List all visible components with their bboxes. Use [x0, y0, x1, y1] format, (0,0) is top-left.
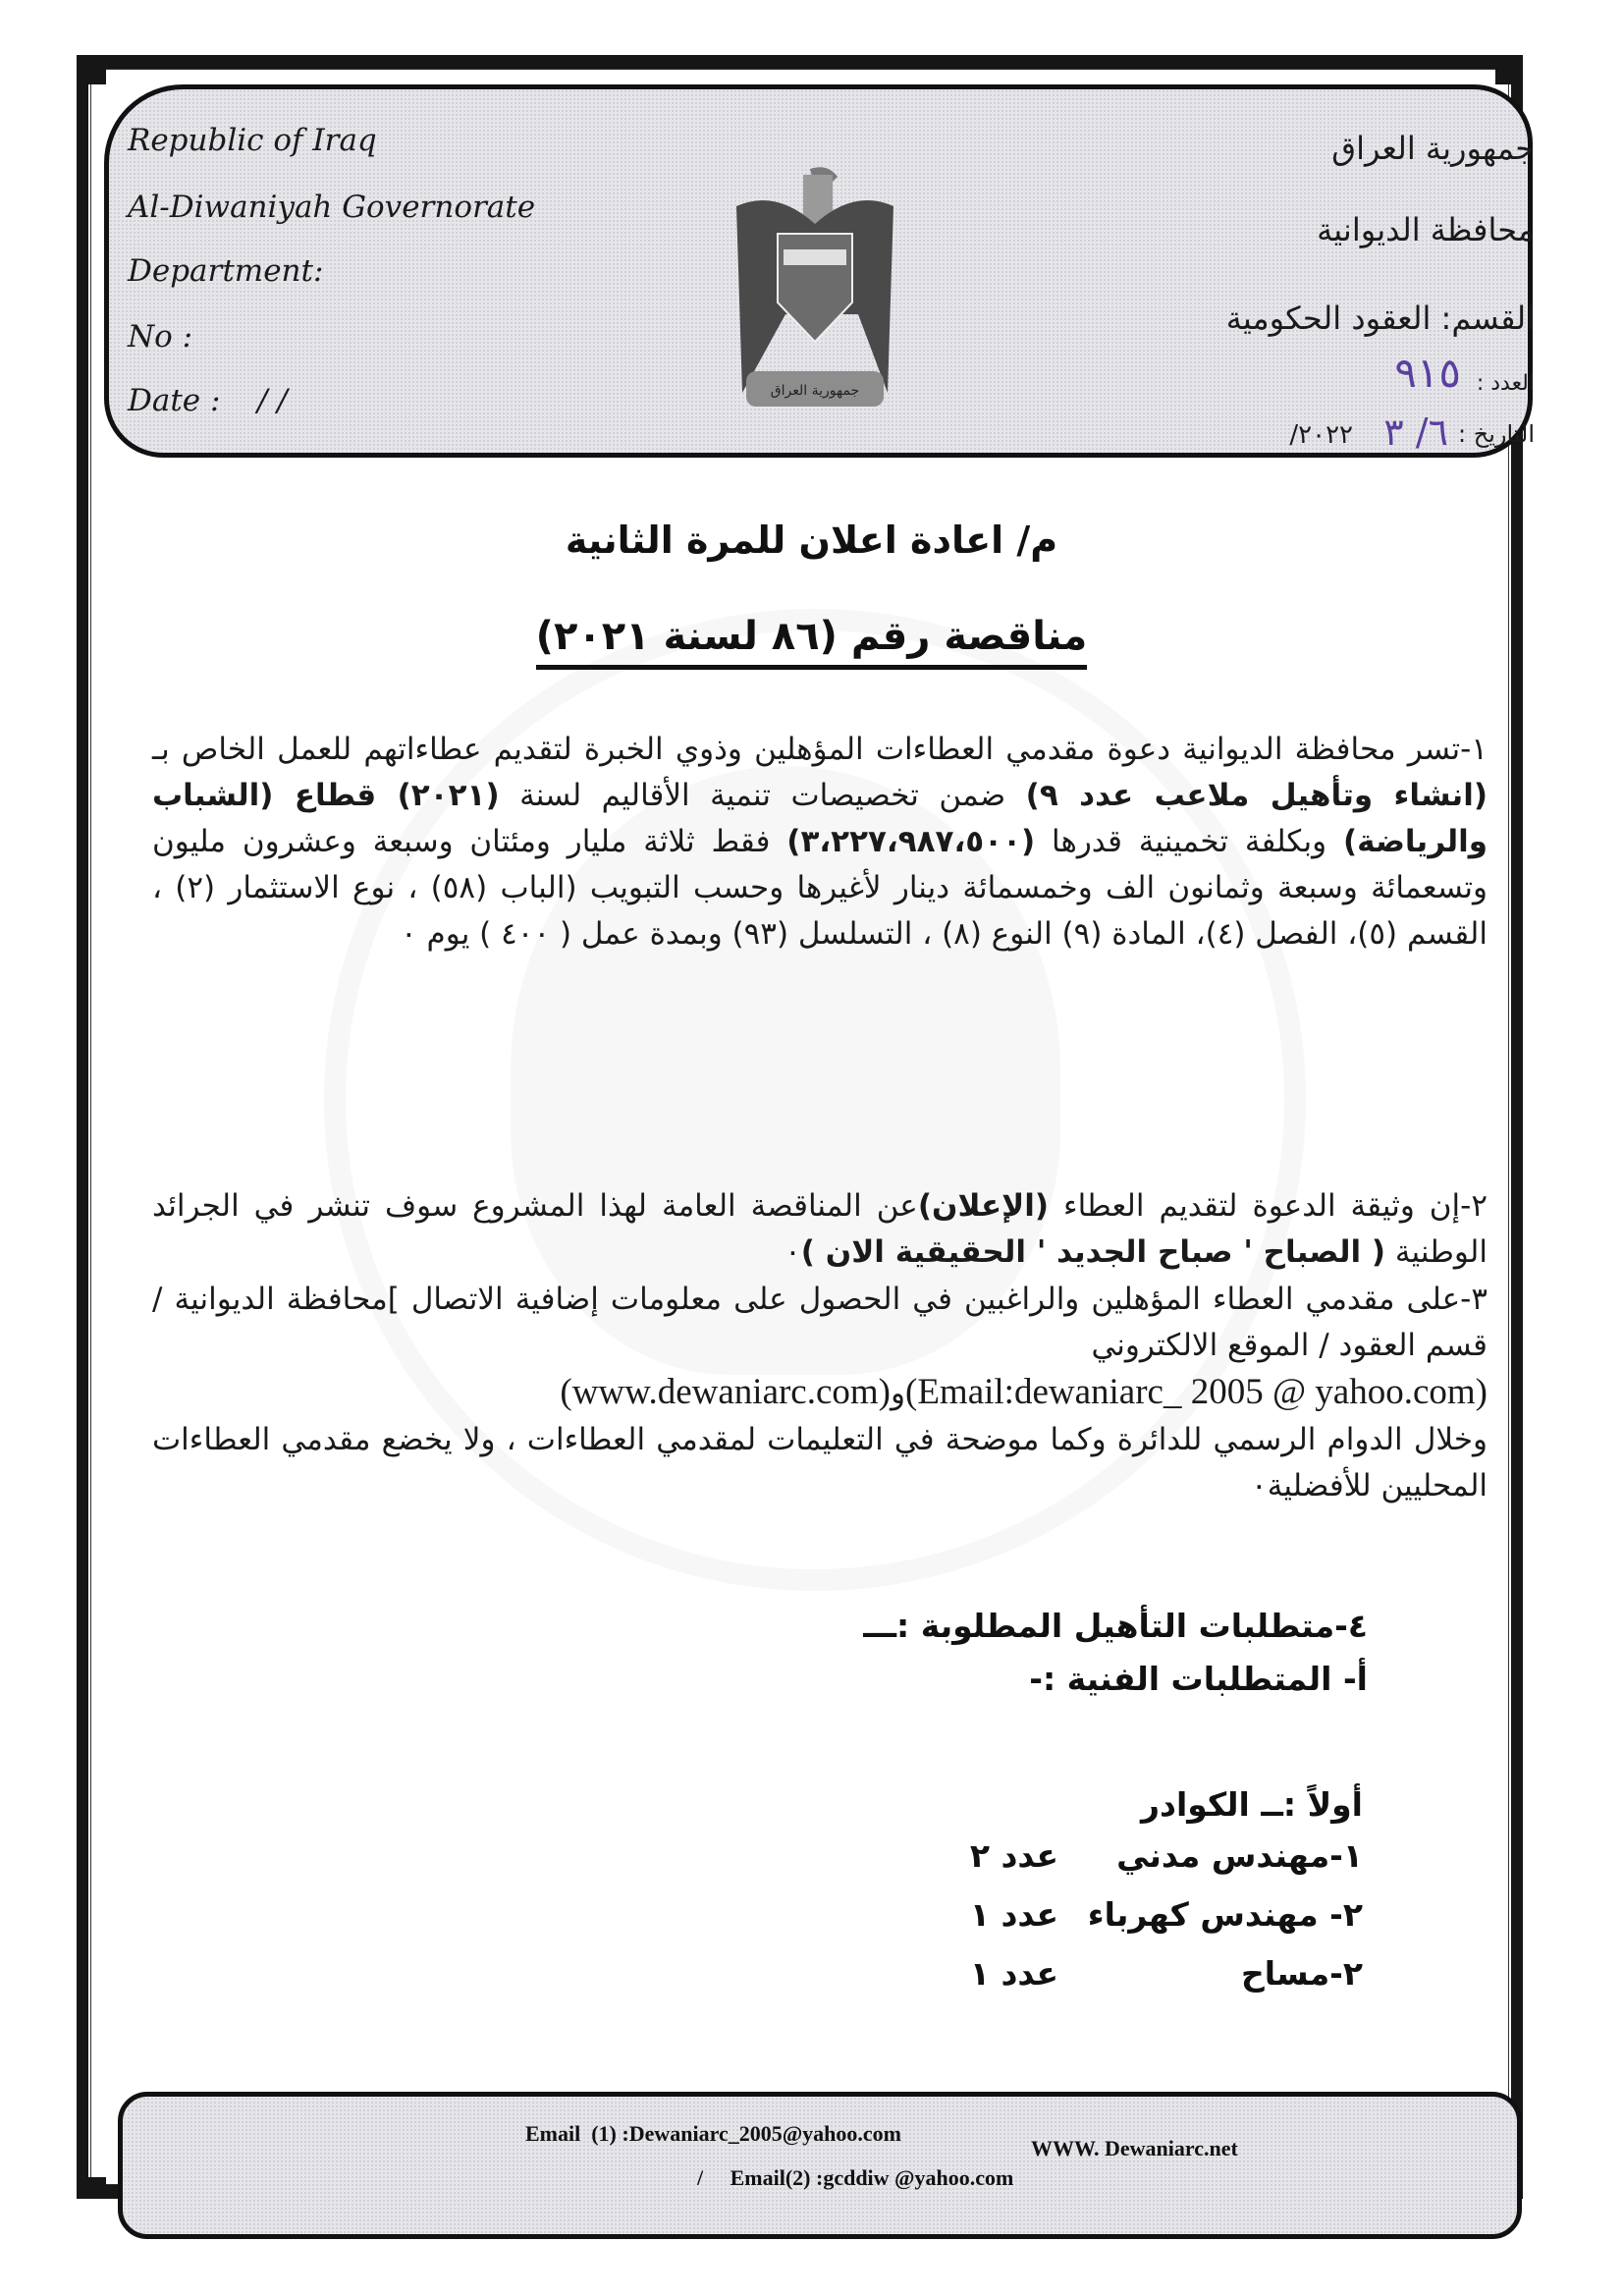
requirements-heading: ٤-متطلبات التأهيل المطلوبة :ـــ: [863, 1607, 1368, 1645]
p3-text: و: [891, 1376, 905, 1411]
p1-text: وبكلفة تخمينية قدرها: [1035, 824, 1343, 859]
notice-title: م/ اعادة اعلان للمرة الثانية: [0, 519, 1623, 562]
staff-count: عدد ١: [970, 1954, 1058, 1993]
header-no-label-ar: العدد :: [1477, 371, 1535, 396]
header-date-year: ٢٠٢٢/: [1289, 420, 1353, 450]
header-country-ar: جمهورية العراق: [1331, 130, 1535, 167]
staff-role: ٢-مساح: [1241, 1954, 1363, 1993]
tender-number: مناقصة رقم (٨٦ لسنة ٢٠٢١): [536, 614, 1088, 670]
staff-role: ٢- مهندس كهرباء: [1088, 1895, 1363, 1934]
tender-title: مناقصة رقم (٨٦ لسنة ٢٠٢١): [0, 614, 1623, 659]
header-no-label-en: No :: [128, 319, 192, 355]
paragraph-2-publication: ٢-إن وثيقة الدعوة لتقديم العطاء (الإعلان…: [152, 1183, 1488, 1276]
footer-email-1[interactable]: Email (1) :Dewaniarc_2005@yahoo.com: [525, 2121, 901, 2147]
staff-count: عدد ٢: [970, 1836, 1058, 1875]
p1-project-name: (انشاء وتأهيل ملاعب عدد ٩): [1026, 778, 1488, 813]
staff-role: ١-مهندس مدني: [1116, 1836, 1363, 1875]
iraq-eagle-emblem-icon: جمهورية العراق: [717, 147, 913, 422]
staff-heading: أولاً :ــ الكوادر: [1141, 1785, 1363, 1824]
p3-email-link[interactable]: (Email:dewaniarc_ 2005 @ yahoo.com): [905, 1372, 1488, 1412]
p1-text: ضمن تخصيصات تنمية الأقاليم لسنة: [500, 778, 1026, 813]
p3-text: وخلال الدوام الرسمي للدائرة وكما موضحة ف…: [152, 1422, 1488, 1503]
p1-text: ١-تسر محافظة الديوانية دعوة مقدمي العطاء…: [152, 732, 1488, 767]
p3-website-link[interactable]: (www.dewaniarc.com): [560, 1372, 891, 1412]
p2-text: ٠: [784, 1234, 801, 1270]
frame-corner-ornament: [84, 63, 106, 84]
header-governorate-ar: محافظة الديوانية: [1317, 211, 1535, 248]
p2-announcement: (الإعلان): [918, 1188, 1049, 1224]
header-department-ar: القسم: العقود الحكومية: [1226, 300, 1535, 337]
frame-corner-ornament: [1495, 63, 1517, 84]
paragraph-3-contact: ٣-على مقدمي العطاء المؤهلين والراغبين في…: [152, 1277, 1488, 1509]
header-date-label-ar: التاريخ :: [1458, 420, 1535, 448]
p1-estimated-cost: (٣،٢٢٧،٩٨٧،٥٠٠): [786, 824, 1035, 859]
p3-text: ٣-على مقدمي العطاء المؤهلين والراغبين في…: [152, 1282, 1488, 1363]
p2-newspapers: ( الصباح ' صباح الجديد ' الحقيقية الان ): [801, 1234, 1385, 1270]
staff-count: عدد ١: [970, 1895, 1058, 1934]
header-date-label-en: Date :: [128, 383, 220, 418]
frame-corner-ornament: [84, 2177, 106, 2199]
header-country-en: Republic of Iraq: [128, 123, 377, 158]
header-governorate-en: Al-Diwaniyah Governorate: [128, 190, 535, 225]
header-department-label-en: Department:: [128, 253, 323, 289]
footer-email-2[interactable]: / Email(2) :gcddiw @yahoo.com: [697, 2165, 1013, 2191]
header-date-day-handwritten: ٦/ ٣: [1383, 410, 1448, 454]
header-no-value-handwritten: ٩١٥: [1394, 349, 1461, 397]
svg-text:جمهورية العراق: جمهورية العراق: [771, 383, 859, 399]
technical-requirements-heading: أ- المتطلبات الفنية :-: [1029, 1660, 1368, 1698]
paragraph-1-invitation: ١-تسر محافظة الديوانية دعوة مقدمي العطاء…: [152, 727, 1488, 957]
header-date-slashes-en: / /: [257, 383, 288, 418]
p2-text: ٢-إن وثيقة الدعوة لتقديم العطاء: [1049, 1188, 1488, 1224]
footer-website[interactable]: WWW. Dewaniarc.net: [1031, 2136, 1238, 2161]
